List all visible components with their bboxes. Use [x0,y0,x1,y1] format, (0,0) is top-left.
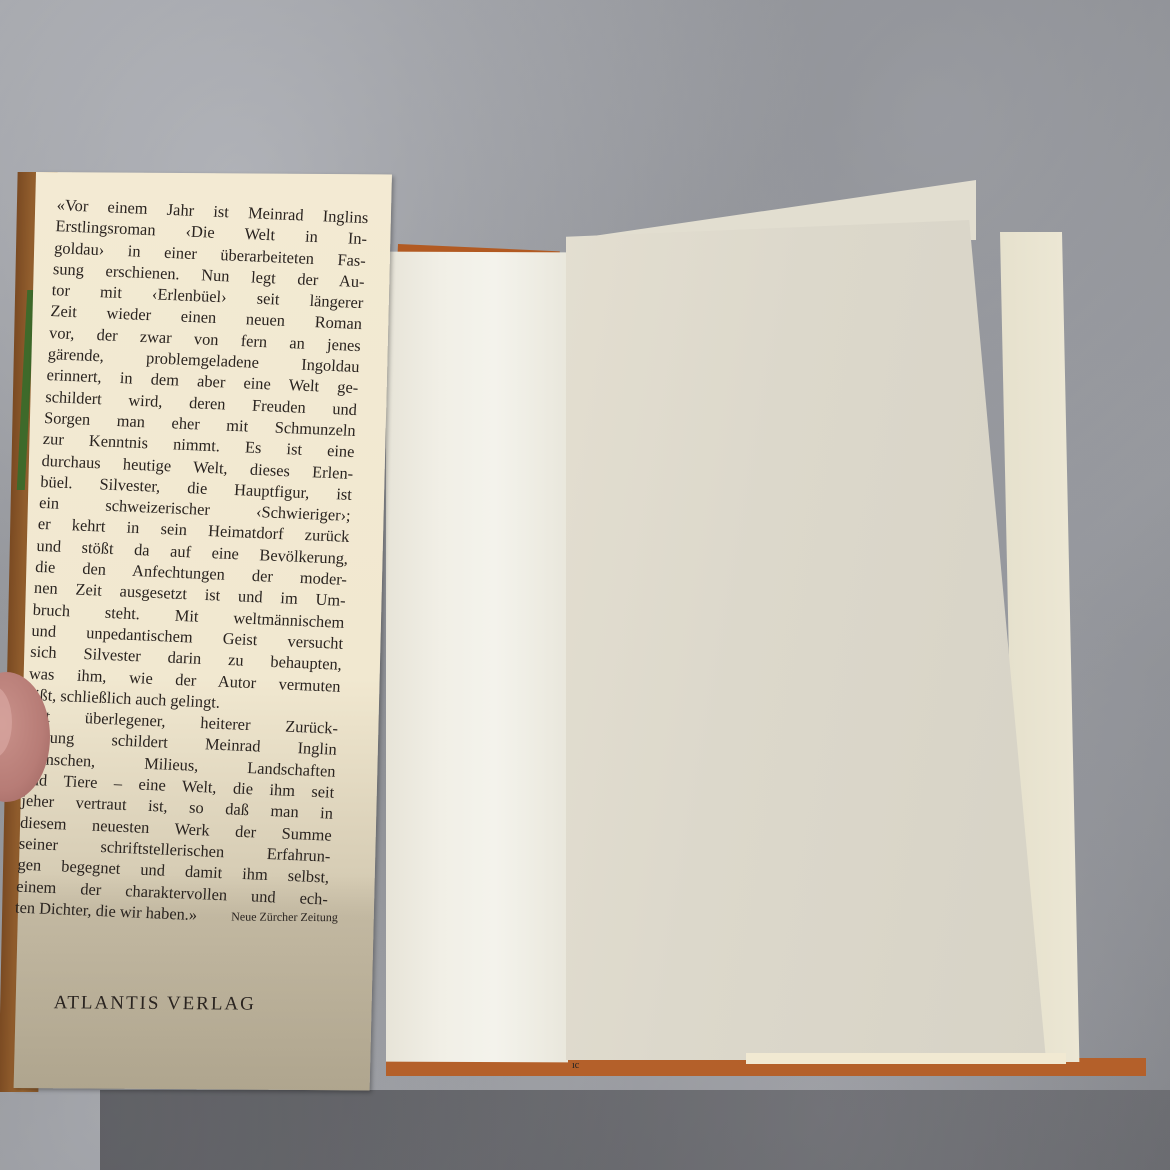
shelf-mark: ıc [572,1060,579,1071]
page-edge-strip [746,1053,1066,1064]
dust-jacket-flap: «Vor einem Jahr ist Meinrad Inglins Erst… [14,172,392,1090]
thumbnail-nail [0,686,12,758]
blurb-text: «Vor einem Jahr ist Meinrad Inglins Erst… [15,194,369,931]
publisher-name: ATLANTIS VERLAG [53,992,256,1015]
blank-right-page [566,220,1046,1060]
shadow [100,1090,1170,1170]
quote-source: Neue Zürcher Zeitung [231,909,338,925]
endpaper [386,252,568,1063]
